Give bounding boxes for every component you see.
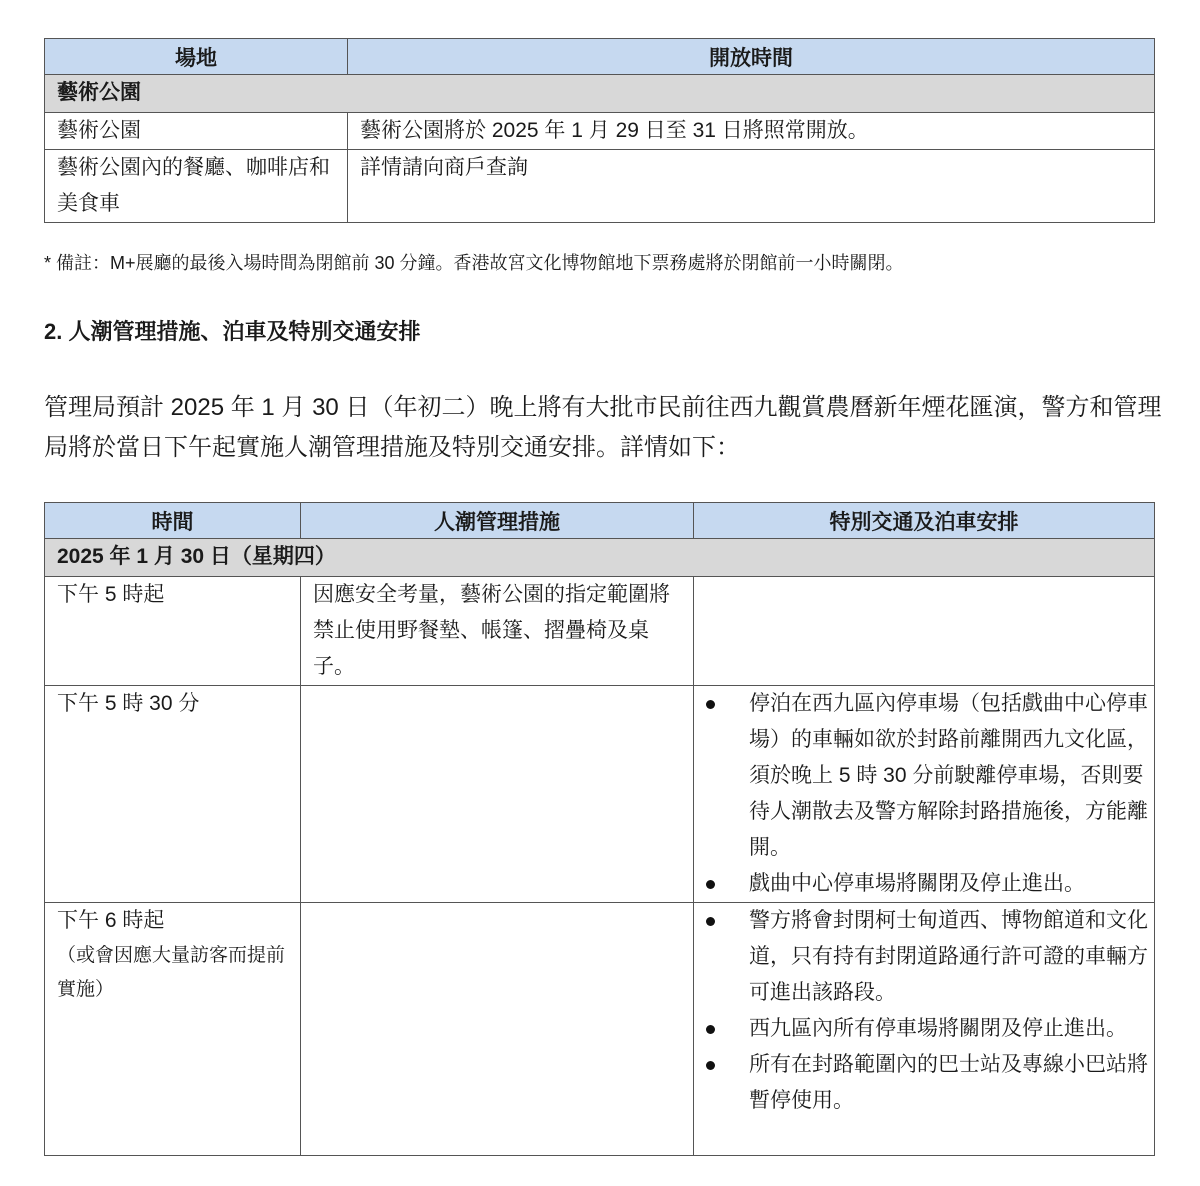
- traffic-cell: 停泊在西九區內停車場（包括戲曲中心停車場）的車輛如欲於封路前離開西九文化區，須於…: [694, 686, 1155, 903]
- list-item: 西九區內所有停車場將關閉及停止進出。: [694, 1011, 1154, 1047]
- crowd-cell: 因應安全考量，藝術公園的指定範圍將禁止使用野餐墊、帳篷、摺疊椅及桌子。: [301, 577, 694, 686]
- table-row: 下午 5 時 30 分 停泊在西九區內停車場（包括戲曲中心停車場）的車輛如欲於封…: [45, 686, 1155, 903]
- list-item-text: 所有在封路範圍內的巴士站及專線小巴站將暫停使用。: [749, 1053, 1148, 1112]
- venue-hours-table: 場地 開放時間 藝術公園 藝術公園 藝術公園將於 2025 年 1 月 29 日…: [44, 38, 1155, 223]
- table-row: 藝術公園 藝術公園將於 2025 年 1 月 29 日至 31 日將照常開放。: [45, 113, 1155, 150]
- table-row: 下午 5 時起 因應安全考量，藝術公園的指定範圍將禁止使用野餐墊、帳篷、摺疊椅及…: [45, 577, 1155, 686]
- list-item-text: 西九區內所有停車場將關閉及停止進出。: [749, 1017, 1127, 1040]
- bullet-icon: [706, 1025, 715, 1034]
- list-item-text: 戲曲中心停車場將關閉及停止進出。: [749, 872, 1085, 895]
- date-group-row: 2025 年 1 月 30 日（星期四）: [45, 539, 1155, 577]
- traffic-list: 停泊在西九區內停車場（包括戲曲中心停車場）的車輛如欲於封路前離開西九文化區，須於…: [694, 686, 1154, 902]
- time-label: 下午 5 時起: [57, 583, 164, 606]
- table-row: 藝術公園內的餐廳、咖啡店和美食車 詳情請向商戶查詢: [45, 150, 1155, 223]
- time-note: （或會因應大量訪客而提前實施）: [57, 939, 288, 1007]
- bullet-icon: [706, 880, 715, 889]
- bullet-icon: [706, 1061, 715, 1070]
- schedule-table: 時間 人潮管理措施 特別交通及泊車安排 2025 年 1 月 30 日（星期四）…: [44, 502, 1155, 1156]
- header-venue: 場地: [45, 39, 348, 75]
- list-item: 警方將會封閉柯士甸道西、博物館道和文化道，只有持有封閉道路通行許可證的車輛方可進…: [694, 903, 1154, 1011]
- table-header-row: 場地 開放時間: [45, 39, 1155, 75]
- venue-cell: 藝術公園內的餐廳、咖啡店和美食車: [45, 150, 348, 223]
- hours-cell: 藝術公園將於 2025 年 1 月 29 日至 31 日將照常開放。: [348, 113, 1155, 150]
- crowd-cell: [301, 903, 694, 1156]
- traffic-cell: 警方將會封閉柯士甸道西、博物館道和文化道，只有持有封閉道路通行許可證的車輛方可進…: [694, 903, 1155, 1156]
- time-cell: 下午 5 時起: [45, 577, 301, 686]
- section-heading: 2. 人潮管理措施、泊車及特別交通安排: [44, 316, 420, 348]
- list-item-text: 停泊在西九區內停車場（包括戲曲中心停車場）的車輛如欲於封路前離開西九文化區，須於…: [749, 692, 1148, 859]
- footnote: * 備註：M+展廳的最後入場時間為閉館前 30 分鐘。香港故宮文化博物館地下票務…: [44, 250, 904, 276]
- time-cell: 下午 6 時起 （或會因應大量訪客而提前實施）: [45, 903, 301, 1156]
- header-time: 時間: [45, 503, 301, 539]
- table-header-row: 時間 人潮管理措施 特別交通及泊車安排: [45, 503, 1155, 539]
- time-label: 下午 6 時起: [57, 909, 164, 932]
- header-crowd: 人潮管理措施: [301, 503, 694, 539]
- traffic-list: 警方將會封閉柯士甸道西、博物館道和文化道，只有持有封閉道路通行許可證的車輛方可進…: [694, 903, 1154, 1119]
- header-traffic: 特別交通及泊車安排: [694, 503, 1155, 539]
- group-label: 藝術公園: [45, 75, 1155, 113]
- time-cell: 下午 5 時 30 分: [45, 686, 301, 903]
- crowd-cell: [301, 686, 694, 903]
- list-item-text: 警方將會封閉柯士甸道西、博物館道和文化道，只有持有封閉道路通行許可證的車輛方可進…: [749, 909, 1148, 1004]
- header-hours: 開放時間: [348, 39, 1155, 75]
- traffic-cell: [694, 577, 1155, 686]
- intro-paragraph: 管理局預計 2025 年 1 月 30 日（年初二）晚上將有大批市民前往西九觀賞…: [44, 388, 1164, 468]
- time-label: 下午 5 時 30 分: [57, 692, 199, 715]
- hours-cell: 詳情請向商戶查詢: [348, 150, 1155, 223]
- list-item: 戲曲中心停車場將關閉及停止進出。: [694, 866, 1154, 902]
- table-row: 下午 6 時起 （或會因應大量訪客而提前實施） 警方將會封閉柯士甸道西、博物館道…: [45, 903, 1155, 1156]
- list-item: 所有在封路範圍內的巴士站及專線小巴站將暫停使用。: [694, 1047, 1154, 1119]
- date-label: 2025 年 1 月 30 日（星期四）: [45, 539, 1155, 577]
- bullet-icon: [706, 917, 715, 926]
- venue-cell: 藝術公園: [45, 113, 348, 150]
- list-item: 停泊在西九區內停車場（包括戲曲中心停車場）的車輛如欲於封路前離開西九文化區，須於…: [694, 686, 1154, 866]
- bullet-icon: [706, 700, 715, 709]
- group-row: 藝術公園: [45, 75, 1155, 113]
